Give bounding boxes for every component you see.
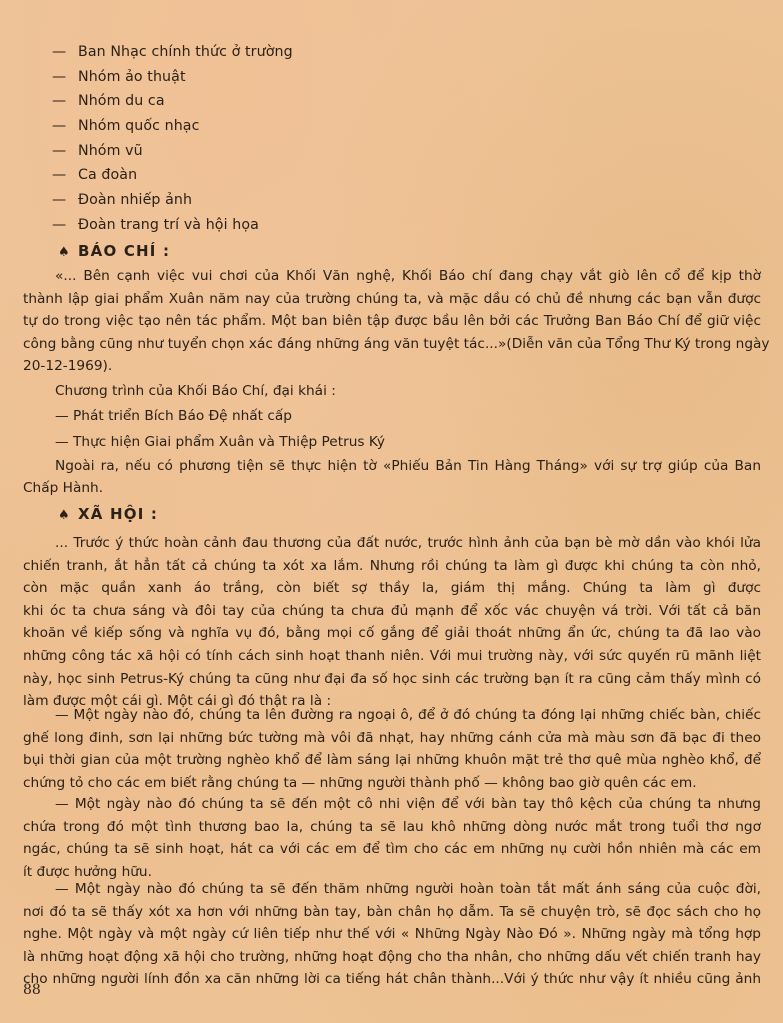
list-item: —Đoàn trang trí và hội họa xyxy=(52,213,293,238)
list-item: —Nhóm du ca xyxy=(52,89,293,114)
xa-hoi-intro: ... Trước ý thức hoàn cảnh đau thương củ… xyxy=(23,532,761,713)
spade-icon: ♠ xyxy=(58,245,78,260)
dash-bullet: — xyxy=(52,139,78,164)
dash-bullet: — xyxy=(52,65,78,90)
activities-list: —Ban Nhạc chính thức ở trường —Nhóm ảo t… xyxy=(52,40,293,238)
book-page: —Ban Nhạc chính thức ở trường —Nhóm ảo t… xyxy=(0,0,783,1023)
xa-hoi-paragraph-2: — Một ngày nào đó chúng ta sẽ đến một cô… xyxy=(23,793,761,883)
spade-icon: ♠ xyxy=(58,508,78,523)
section-heading-xa-hoi: ♠XÃ HỘI : xyxy=(58,505,158,523)
list-item: —Nhóm ảo thuật xyxy=(52,65,293,90)
program-item: — Phát triển Bích Báo Đệ nhất cấp xyxy=(23,403,761,429)
bao-chi-program: Chương trình của Khối Báo Chí, đại khái … xyxy=(23,380,761,500)
program-item: — Thực hiện Giai phẩm Xuân và Thiệp Petr… xyxy=(23,429,761,455)
dash-bullet: — xyxy=(52,163,78,188)
list-item: —Ban Nhạc chính thức ở trường xyxy=(52,40,293,65)
list-item: —Ca đoàn xyxy=(52,163,293,188)
bao-chi-quote: «... Bên cạnh việc vui chơi của Khối Văn… xyxy=(23,265,761,378)
dash-bullet: — xyxy=(52,40,78,65)
list-item: —Đoàn nhiếp ảnh xyxy=(52,188,293,213)
page-number: 88 xyxy=(23,982,41,998)
list-item: —Nhóm vũ xyxy=(52,139,293,164)
dash-bullet: — xyxy=(52,114,78,139)
dash-bullet: — xyxy=(52,213,78,238)
list-item: —Nhóm quốc nhạc xyxy=(52,114,293,139)
dash-bullet: — xyxy=(52,89,78,114)
xa-hoi-paragraph-3: — Một ngày nào đó chúng ta sẽ đến thăm n… xyxy=(23,878,761,991)
section-heading-bao-chi: ♠BÁO CHÍ : xyxy=(58,242,170,260)
xa-hoi-paragraph-1: — Một ngày nào đó, chúng ta lên đường ra… xyxy=(23,704,761,794)
dash-bullet: — xyxy=(52,188,78,213)
